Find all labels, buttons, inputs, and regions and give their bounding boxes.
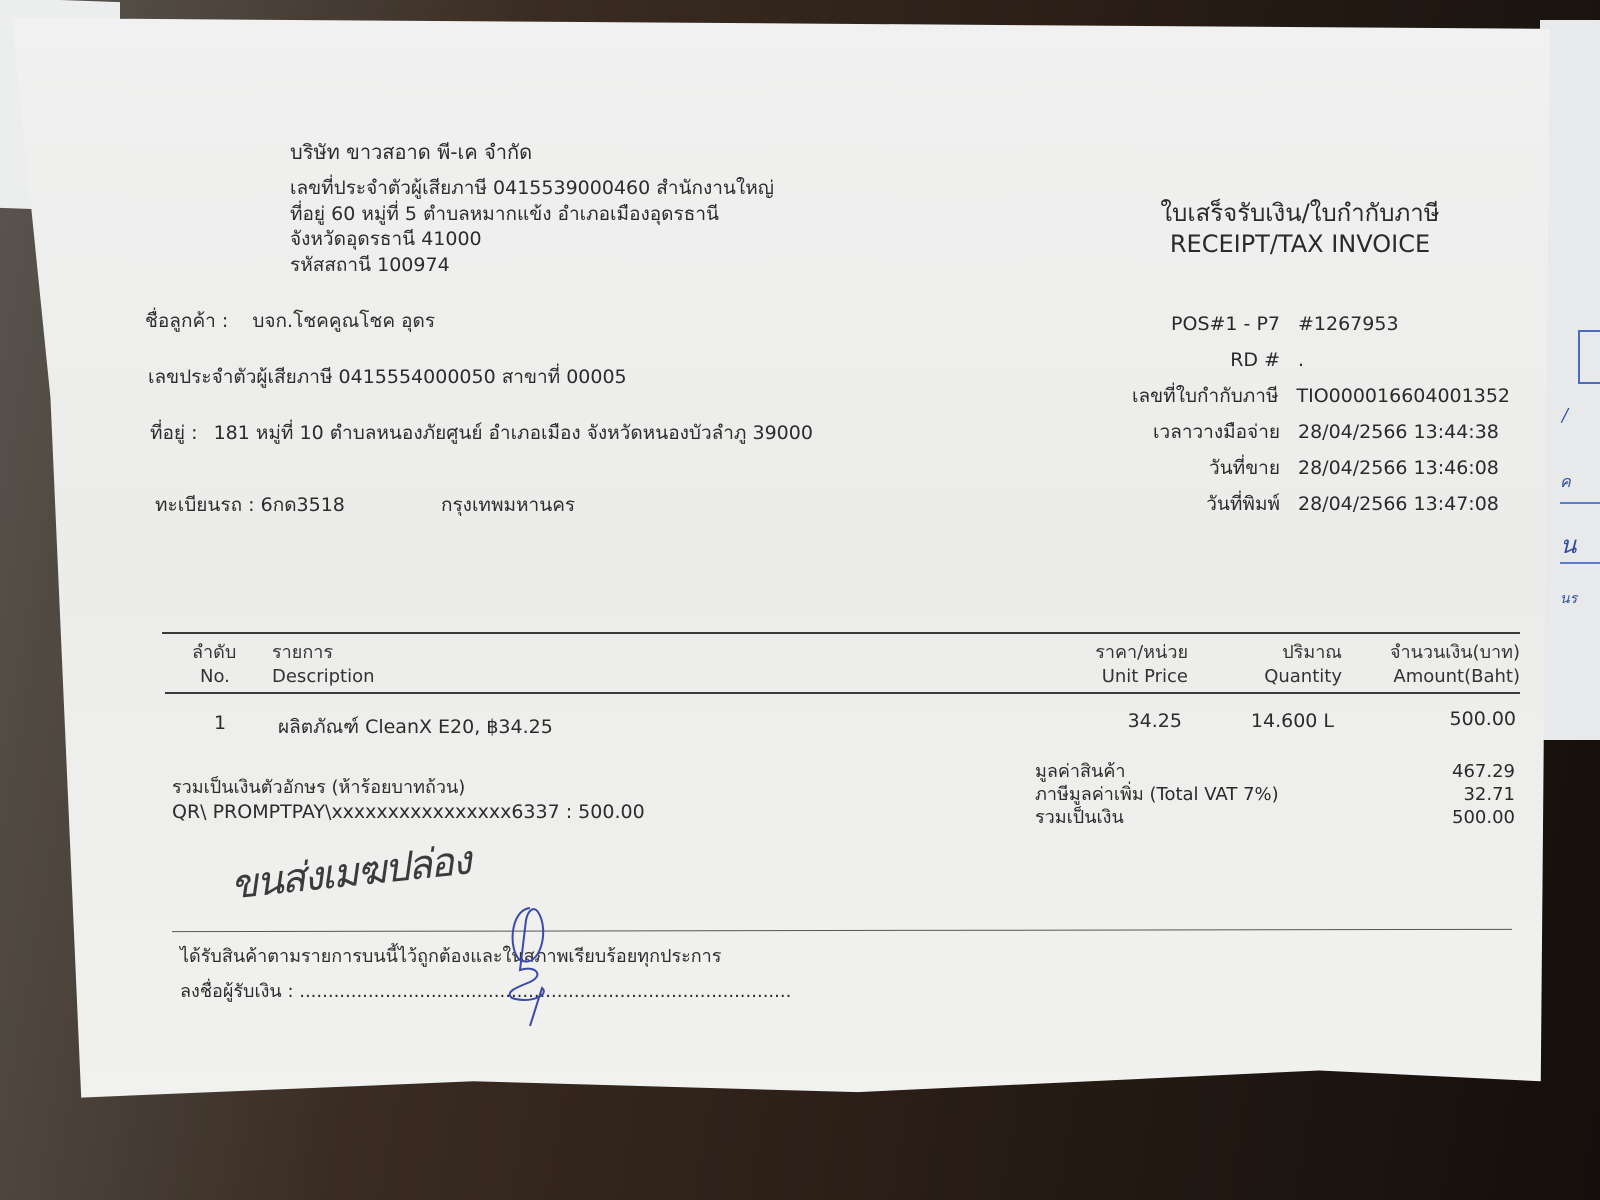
- signature-mark: [490, 900, 570, 1030]
- customer-address-row: ที่อยู่ : 181 หมู่ที่ 10 ตำบลหนองภัยศูนย…: [150, 418, 813, 448]
- meta-pos: POS#1 - P7#1267953: [1050, 306, 1510, 342]
- customer-name: บจก.โชคคูณโชค อุดร: [252, 310, 435, 332]
- invoice-meta: POS#1 - P7#1267953 RD #. เลขที่ใบกำกับภา…: [1050, 306, 1510, 522]
- row-quantity: 14.600 L: [1220, 710, 1334, 732]
- customer-name-label: ชื่อลูกค้า :: [145, 310, 228, 332]
- seller-details: เลขที่ประจำตัวผู้เสียภาษี 0415539000460 …: [290, 176, 774, 278]
- plate-number: 6กด3518: [261, 494, 345, 516]
- totals-block: มูลค่าสินค้า467.29 ภาษีมูลค่าเพิ่ม (Tota…: [1035, 760, 1515, 829]
- receipt-statement: ได้รับสินค้าตามรายการบนนี้ไว้ถูกต้องและใ…: [180, 945, 721, 969]
- row-description: ผลิตภัณฑ์ CleanX E20, ฿34.25: [278, 712, 553, 742]
- meta-print-date: วันที่พิมพ์28/04/2566 13:47:08: [1050, 486, 1510, 522]
- row-amount: 500.00: [1360, 708, 1516, 730]
- seller-name: บริษัท ขาวสอาด พี-เค จำกัด: [290, 140, 532, 164]
- meta-nozzle-time: เวลาวางมือจ่าย28/04/2566 13:44:38: [1050, 414, 1510, 450]
- grand-total-row: รวมเป็นเงิน500.00: [1035, 806, 1515, 829]
- header-amount: จำนวนเงิน(บาท) Amount(Baht): [1360, 641, 1520, 689]
- title-thai: ใบเสร็จรับเงิน/ใบกำกับภาษี: [1150, 198, 1450, 229]
- meta-sale-date: วันที่ขาย28/04/2566 13:46:08: [1050, 450, 1510, 486]
- plate-province: กรุงเทพมหานคร: [441, 494, 575, 516]
- table-header-rule: [165, 692, 1520, 694]
- customer-address: 181 หมู่ที่ 10 ตำบลหนองภัยศูนย์ อำเภอเมื…: [214, 422, 813, 444]
- seller-address-1: ที่อยู่ 60 หมู่ที่ 5 ตำบลหมากแข้ง อำเภอเ…: [290, 202, 774, 228]
- vat-row: ภาษีมูลค่าเพิ่ม (Total VAT 7%)32.71: [1035, 783, 1515, 806]
- seller-tax-id: เลขที่ประจำตัวผู้เสียภาษี 0415539000460 …: [290, 176, 774, 202]
- header-quantity: ปริมาณ Quantity: [1220, 641, 1342, 689]
- background-handwriting: / ค น นร: [1560, 330, 1600, 630]
- payment-method: QR\ PROMPTPAY\xxxxxxxxxxxxxxxx6337 : 500…: [172, 800, 645, 824]
- title-english: RECEIPT/TAX INVOICE: [1150, 229, 1450, 260]
- seller-address-2: จังหวัดอุดรธานี 41000: [290, 227, 774, 253]
- receipt-paper: [12, 18, 1550, 1103]
- header-no: ลำดับ No.: [192, 641, 236, 689]
- header-description: รายการ Description: [272, 641, 375, 689]
- customer-tax-id: เลขประจำตัวผู้เสียภาษี 0415554000050 สาข…: [148, 362, 627, 392]
- row-no: 1: [214, 712, 226, 734]
- plate-label: ทะเบียนรถ :: [155, 494, 255, 516]
- subtotal-row: มูลค่าสินค้า467.29: [1035, 760, 1515, 783]
- row-unit-price: 34.25: [1060, 710, 1182, 732]
- table-top-rule: [162, 632, 1520, 634]
- seller-station-code: รหัสสถานี 100974: [290, 253, 774, 279]
- vehicle-plate-row: ทะเบียนรถ : 6กด3518 กรุงเทพมหานคร: [155, 490, 575, 520]
- header-unit-price: ราคา/หน่วย Unit Price: [1060, 641, 1188, 689]
- customer-name-row: ชื่อลูกค้า : บจก.โชคคูณโชค อุดร: [145, 306, 435, 336]
- signature-line: ลงชื่อผู้รับเงิน : .....................…: [180, 980, 791, 1004]
- customer-address-label: ที่อยู่ :: [150, 422, 198, 444]
- meta-tax-invoice-no: เลขที่ใบกำกับภาษีTIO000016604001352: [1050, 378, 1510, 414]
- document-title: ใบเสร็จรับเงิน/ใบกำกับภาษี RECEIPT/TAX I…: [1150, 198, 1450, 260]
- amount-in-words: รวมเป็นเงินตัวอักษร (ห้าร้อยบาทถ้วน): [172, 776, 465, 800]
- meta-rd: RD #.: [1050, 342, 1510, 378]
